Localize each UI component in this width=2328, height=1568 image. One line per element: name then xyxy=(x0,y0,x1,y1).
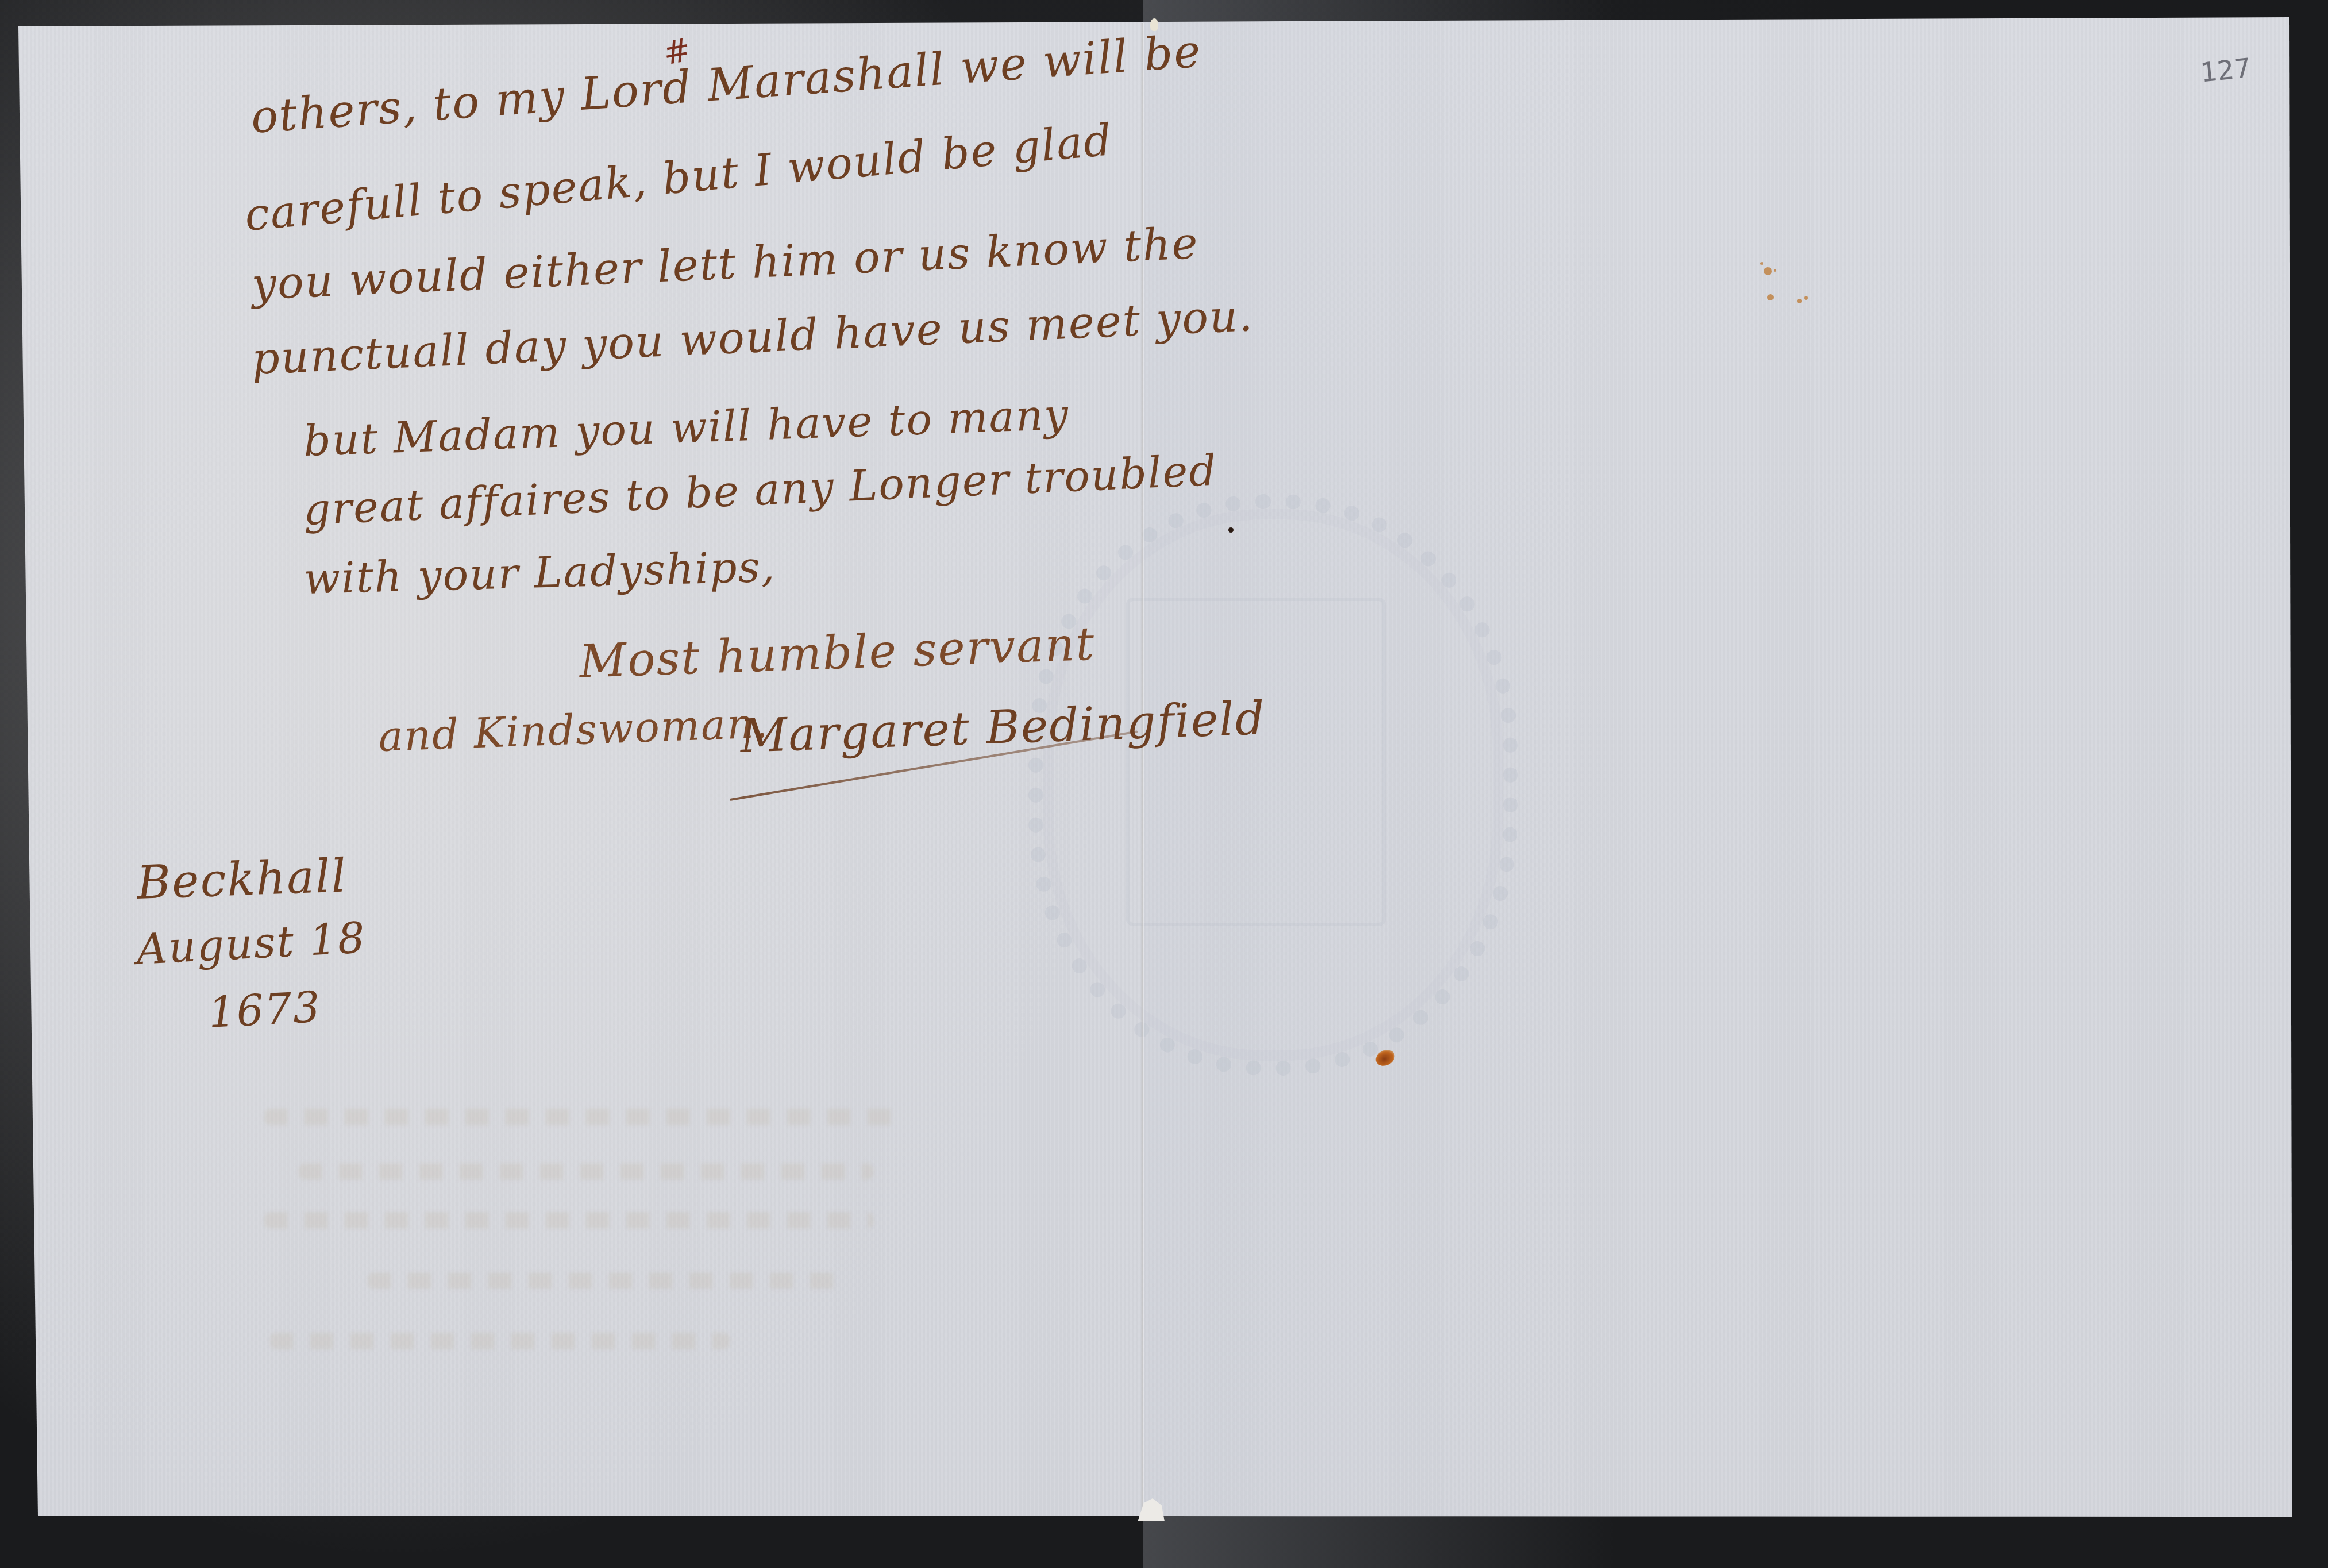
foxing-speck xyxy=(1774,269,1776,272)
foxing-speck xyxy=(1760,262,1763,265)
ink-dot xyxy=(1228,527,1234,533)
foxing-speck xyxy=(1804,296,1808,300)
show-through-line xyxy=(299,1164,873,1180)
folio-number: 127 xyxy=(2199,52,2252,88)
letter-sheet: # 127 others, to my Lord Marashall we wi… xyxy=(0,0,2328,1568)
year: 1673 xyxy=(207,983,322,1038)
watermark-shield xyxy=(1126,598,1386,926)
foxing-speck xyxy=(1797,299,1802,303)
foxing-speck xyxy=(1767,294,1774,300)
show-through-line xyxy=(368,1273,839,1289)
show-through-line xyxy=(270,1333,730,1349)
show-through-line xyxy=(264,1212,873,1228)
show-through-line xyxy=(264,1109,896,1125)
place: Beckhall xyxy=(136,849,348,910)
foxing-speck xyxy=(1764,267,1772,275)
